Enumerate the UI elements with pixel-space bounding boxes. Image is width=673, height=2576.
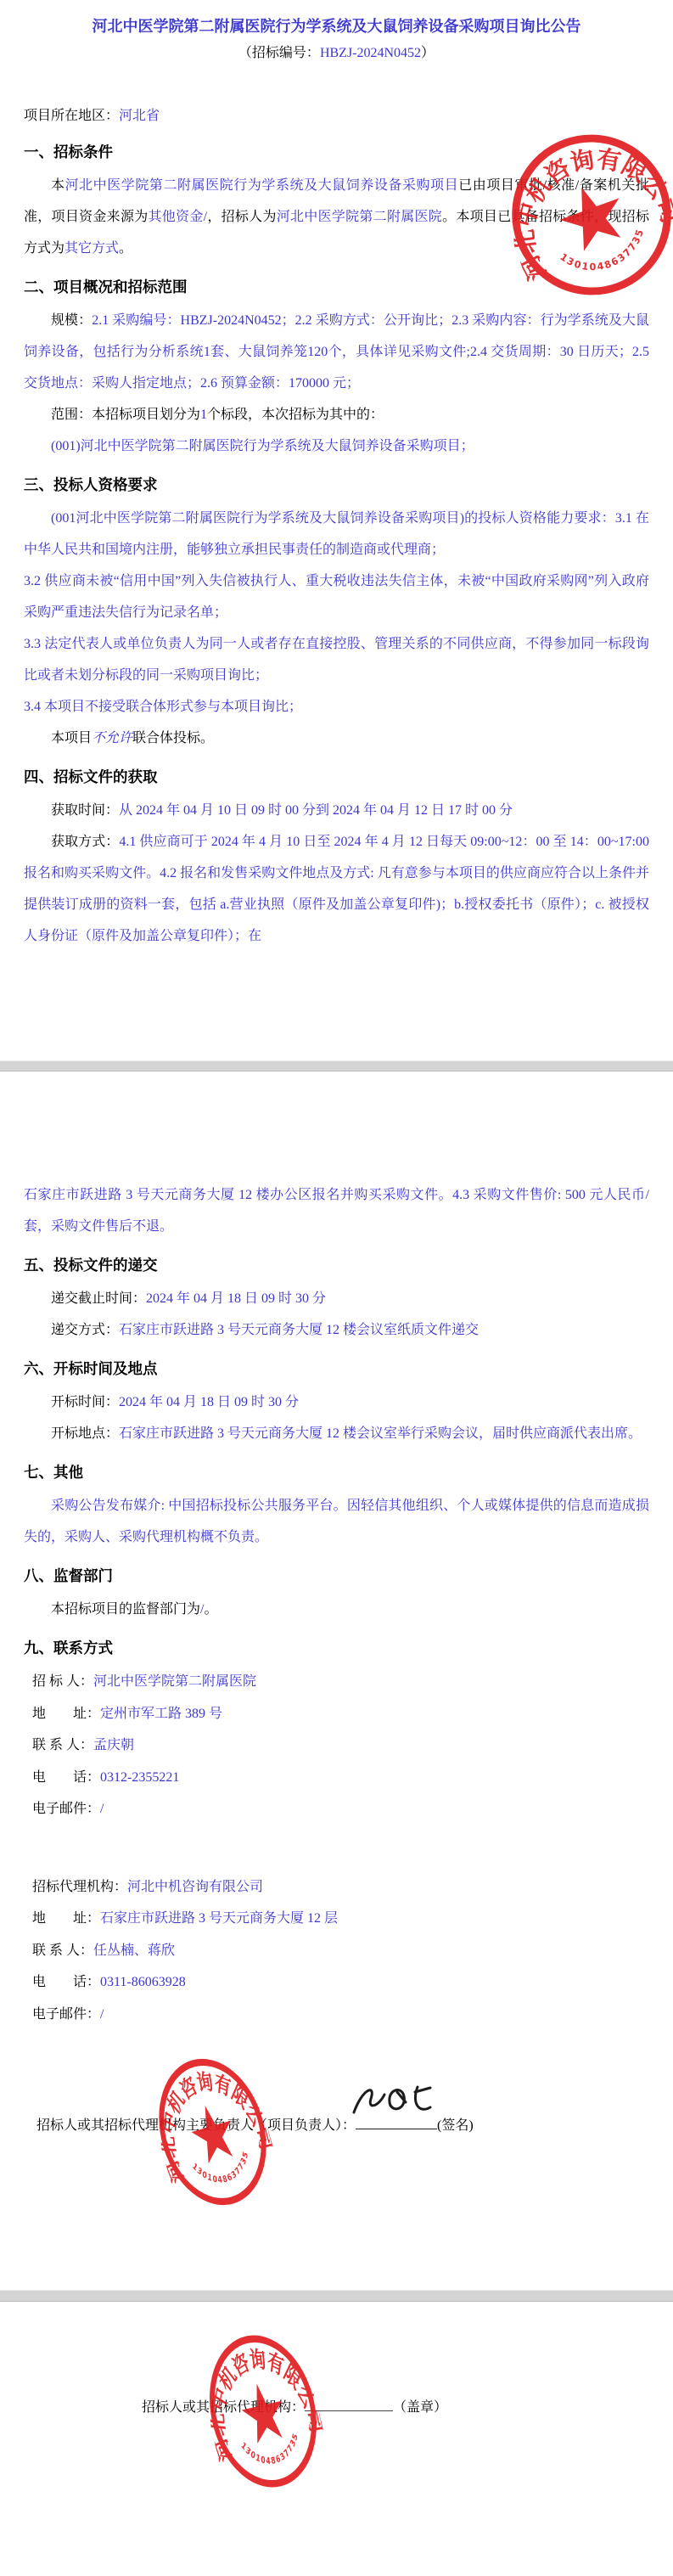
text-segment: 其它方式 xyxy=(64,241,119,256)
paragraph: 获取方式：4.1 供应商可于 2024 年 4 月 10 日至 2024 年 4… xyxy=(24,826,649,952)
text-segment: 从 2024 年 04 月 10 日 09 时 00 分到 2024 年 04 … xyxy=(119,803,513,818)
text-segment: 联合体投标。 xyxy=(132,731,214,745)
text-segment: 河北中医学院第二附属医院 xyxy=(277,210,442,224)
text-segment: (001)河北中医学院第二附属医院行为学系统及大鼠饲养设备采购项目； xyxy=(51,439,474,453)
text-segment: 个标段，本次招标为其中的： xyxy=(207,408,384,422)
contact-row: 联 系 人：孟庆朝 xyxy=(24,1730,649,1762)
text-segment: 3.3 法定代表人或单位负责人为同一人或者存在直接控股、管理关系的不同供应商，不… xyxy=(24,637,649,683)
paragraph: 递交截止时间：2024 年 04 月 18 日 09 时 30 分 xyxy=(24,1283,649,1314)
text-segment: 石家庄市跃进路 3 号天元商务大厦 12 楼会议室举行采购会议，届时供应商派代表… xyxy=(119,1426,642,1441)
text-segment: 联 系 人： xyxy=(32,1943,93,1958)
text-segment: 本招标项目的监督部门为 xyxy=(51,1602,200,1617)
paragraph: 开标时间：2024 年 04 月 18 日 09 时 30 分 xyxy=(24,1386,649,1418)
text-segment: 3.4 本项目不接受联合体形式参与本项目询比； xyxy=(24,700,302,714)
section-heading: 六、开标时间及地点 xyxy=(24,1356,649,1381)
paragraph: 规模：2.1 采购编号：HBZJ-2024N0452；2.2 采购方式：公开询比… xyxy=(24,305,649,399)
text-segment: 定州市军工路 389 号 xyxy=(100,1707,222,1721)
section-heading: 五、投标文件的递交 xyxy=(24,1252,649,1278)
paragraph: 采购公告发布媒介: 中国招标投标公共服务平台。因轻信其他组织、个人或媒体提供的信… xyxy=(24,1490,649,1553)
text-segment: 河北中机咨询有限公司 xyxy=(127,1880,263,1894)
contact-row: 招标代理机构：河北中机咨询有限公司 xyxy=(24,1871,649,1904)
contact-row: 地 址：石家庄市跃进路 3 号天元商务大厦 12 层 xyxy=(24,1903,649,1935)
text-segment: 电 话： xyxy=(32,1975,100,1989)
paragraph: 本河北中医学院第二附属医院行为学系统及大鼠饲养设备采购项目已由项目审批/核准/备… xyxy=(24,170,649,264)
text-segment: / xyxy=(100,1802,104,1816)
text-segment: 采购公告发布媒介: 中国招标投标公共服务平台。因轻信其他组织、个人或媒体提供的信… xyxy=(24,1499,649,1544)
text-segment: 电 话： xyxy=(32,1770,100,1785)
contact-row: 地 址：定州市军工路 389 号 xyxy=(24,1698,649,1730)
tender-reference-suffix: ） xyxy=(421,46,435,60)
svg-text:1301048637735: 1301048637735 xyxy=(238,2428,306,2473)
section-heading: 八、监督部门 xyxy=(24,1563,649,1589)
announcement-document: 河北中医学院第二附属医院行为学系统及大鼠饲养设备采购项目询比公告 （招标编号：H… xyxy=(0,0,673,2576)
text-segment: 4.1 供应商可于 2024 年 4 月 10 日至 2024 年 4 月 12… xyxy=(24,835,649,943)
section-heading: 一、招标条件 xyxy=(24,139,649,165)
text-segment: / xyxy=(100,2007,104,2022)
text-segment: 3.2 供应商未被“信用中国”列入失信被执行人、重大税收违法失信主体，未被“中国… xyxy=(24,574,649,620)
paragraph: 递交方式：石家庄市跃进路 3 号天元商务大厦 12 楼会议室纸质文件递交 xyxy=(24,1314,649,1346)
tender-reference: （招标编号：HBZJ-2024N0452） xyxy=(24,41,649,66)
signature-field[interactable] xyxy=(356,2117,437,2129)
section-heading: 七、其他 xyxy=(24,1460,649,1485)
contact-row: 电 话：0311-86063928 xyxy=(24,1966,649,1999)
text-segment: 。 xyxy=(119,241,132,256)
text-segment: 河北中医学院第二附属医院 xyxy=(93,1674,256,1689)
signature-label: 招标人或其招标代理机构主要负责人（项目负责人）： xyxy=(36,2118,356,2133)
text-segment: 石家庄市跃进路 3 号天元商务大厦 12 楼办公区报名并购买采购文件。4.3 采… xyxy=(24,1188,649,1234)
text-segment: 本项目 xyxy=(51,731,92,745)
text-segment: 开标时间： xyxy=(51,1395,119,1409)
text-segment: 孟庆朝 xyxy=(93,1738,134,1752)
text-segment: 。 xyxy=(204,1602,217,1617)
contact-row: 招 标 人：河北中医学院第二附属医院 xyxy=(24,1666,649,1698)
handwritten-signature xyxy=(351,2080,435,2132)
seal-row: 招标人或其招标代理机构：（盖章） xyxy=(142,2396,447,2416)
text-segment: 2.1 采购编号：HBZJ-2024N0452；2.2 采购方式：公开询比；2.… xyxy=(24,313,649,391)
paragraph: (001河北中医学院第二附属医院行为学系统及大鼠饲养设备采购项目)的投标人资格能… xyxy=(24,503,649,565)
text-segment: 递交截止时间： xyxy=(51,1291,146,1306)
text-segment: 0311-86063928 xyxy=(100,1975,186,1989)
text-segment: 地 址： xyxy=(32,1911,100,1926)
page-break-gap xyxy=(0,952,673,1179)
contact-row: 电子邮件：/ xyxy=(24,1793,649,1825)
text-segment: 地 址： xyxy=(32,1707,100,1721)
paragraph: 开标地点：石家庄市跃进路 3 号天元商务大厦 12 楼会议室举行采购会议，届时供… xyxy=(24,1418,649,1449)
seal-field[interactable] xyxy=(305,2399,393,2411)
page-title: 河北中医学院第二附属医院行为学系统及大鼠饲养设备采购项目询比公告 xyxy=(32,15,641,37)
text-segment: 河北中医学院第二附属医院行为学系统及大鼠饲养设备采购项目 xyxy=(65,178,459,193)
text-segment: 范围：本招标项目划分为 xyxy=(51,408,200,422)
section-heading: 四、招标文件的获取 xyxy=(24,764,649,790)
text-segment: 其他资金/ xyxy=(149,210,208,224)
tender-reference-code: HBZJ-2024N0452 xyxy=(320,46,421,60)
text-segment: 石家庄市跃进路 3 号天元商务大厦 12 楼会议室纸质文件递交 xyxy=(119,1323,479,1337)
seal-note: （盖章） xyxy=(393,2400,447,2415)
svg-text:1301048637735: 1301048637735 xyxy=(189,2146,256,2193)
sections: 一、招标条件本河北中医学院第二附属医院行为学系统及大鼠饲养设备采购项目已由项目审… xyxy=(24,139,649,2030)
text-segment: 获取方式： xyxy=(51,835,119,849)
tender-reference-prefix: （招标编号： xyxy=(238,46,320,60)
text-segment: 本 xyxy=(51,178,65,193)
text-segment: (001河北中医学院第二附属医院行为学系统及大鼠饲养设备采购项目)的投标人资格能… xyxy=(24,511,649,557)
contact-row: 电子邮件：/ xyxy=(24,1999,649,2031)
project-region: 项目所在地区：河北省 xyxy=(24,104,649,129)
text-segment: 1 xyxy=(200,408,207,422)
text-segment: 2024 年 04 月 18 日 09 时 30 分 xyxy=(119,1395,299,1409)
signature-row: 招标人或其招标代理机构主要负责人（项目负责人）： (签名) xyxy=(36,2114,474,2134)
paragraph: (001)河北中医学院第二附属医院行为学系统及大鼠饲养设备采购项目； xyxy=(24,430,649,462)
text-segment: 招标代理机构： xyxy=(32,1880,127,1894)
document-content: 河北中医学院第二附属医院行为学系统及大鼠饲养设备采购项目询比公告 （招标编号：H… xyxy=(0,0,673,2030)
seal-label: 招标人或其招标代理机构： xyxy=(142,2400,305,2415)
contact-row: 电 话：0312-2355221 xyxy=(24,1762,649,1794)
paragraph: 3.4 本项目不接受联合体形式参与本项目询比； xyxy=(24,691,649,723)
section-heading: 二、项目概况和招标范围 xyxy=(24,274,649,300)
paragraph: 获取时间：从 2024 年 04 月 10 日 09 时 00 分到 2024 … xyxy=(24,795,649,826)
text-segment: 开标地点： xyxy=(51,1426,119,1441)
text-segment: 2024 年 04 月 18 日 09 时 30 分 xyxy=(146,1291,326,1306)
project-region-value: 河北省 xyxy=(119,109,160,123)
section-heading: 九、联系方式 xyxy=(24,1635,649,1661)
signature-note: (签名) xyxy=(437,2118,474,2133)
text-segment: 电子邮件： xyxy=(32,1802,100,1816)
paragraph: 本项目不允许联合体投标。 xyxy=(24,723,649,754)
section-heading: 三、投标人资格要求 xyxy=(24,472,649,498)
text-segment: 联 系 人： xyxy=(32,1738,93,1752)
paragraph: 石家庄市跃进路 3 号天元商务大厦 12 楼办公区报名并购买采购文件。4.3 采… xyxy=(24,1179,649,1242)
text-segment: 递交方式： xyxy=(51,1323,119,1337)
contact-row: 联 系 人：任丛楠、蒋欣 xyxy=(24,1935,649,1967)
text-segment: 不允许 xyxy=(92,731,132,745)
text-segment: 获取时间： xyxy=(51,803,119,818)
paragraph: 范围：本招标项目划分为1个标段，本次招标为其中的： xyxy=(24,399,649,430)
page-divider xyxy=(0,2290,673,2302)
project-region-label: 项目所在地区： xyxy=(24,109,119,123)
text-segment: 0312-2355221 xyxy=(100,1770,179,1785)
page-divider xyxy=(0,1060,673,1071)
text-segment: 石家庄市跃进路 3 号天元商务大厦 12 层 xyxy=(100,1911,338,1926)
text-segment: 招 标 人： xyxy=(32,1674,93,1689)
paragraph: 3.3 法定代表人或单位负责人为同一人或者存在直接控股、管理关系的不同供应商，不… xyxy=(24,628,649,691)
paragraph: 本招标项目的监督部门为/。 xyxy=(24,1594,649,1625)
text-segment: 规模： xyxy=(51,313,92,328)
text-segment: 电子邮件： xyxy=(32,2007,100,2022)
text-segment: 任丛楠、蒋欣 xyxy=(93,1943,175,1958)
text-segment: ，招标人为 xyxy=(207,210,277,224)
paragraph: 3.2 供应商未被“信用中国”列入失信被执行人、重大税收违法失信主体，未被“中国… xyxy=(24,565,649,628)
